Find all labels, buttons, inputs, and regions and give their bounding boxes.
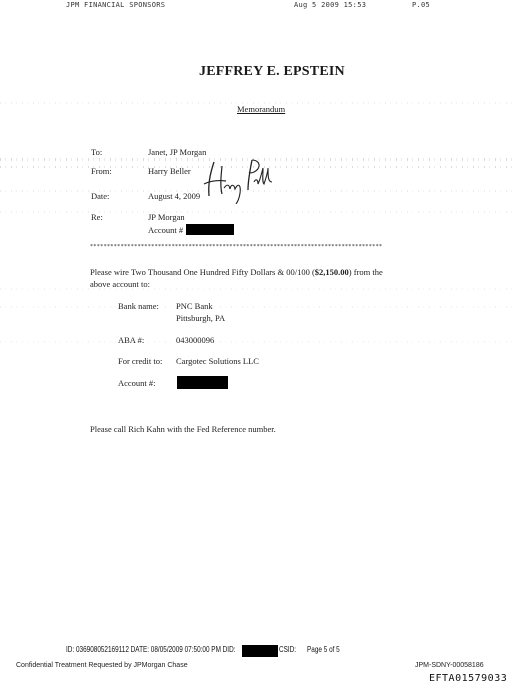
aba-label: ABA #: [118, 335, 144, 345]
wire-amount: $2,150.00 [315, 267, 349, 277]
to-value: Janet, JP Morgan [148, 147, 206, 157]
redaction-box [242, 645, 278, 657]
signature-image [200, 154, 280, 204]
fax-footer-page: Page 5 of 5 [307, 645, 340, 654]
bank-name-label: Bank name: [118, 301, 159, 311]
to-label: To: [91, 147, 102, 157]
aba-number: 043000096 [176, 335, 214, 345]
closing-instruction: Please call Rich Kahn with the Fed Refer… [90, 424, 276, 434]
re-account-label: Account # [148, 225, 183, 235]
re-value: JP Morgan [148, 212, 185, 222]
fax-datetime: Aug 5 2009 15:53 [294, 1, 366, 9]
scan-noise [0, 211, 512, 213]
credit-to-label: For credit to: [118, 356, 162, 366]
redaction-box [177, 376, 228, 389]
re-account: Account # [148, 224, 234, 235]
date-label: Date: [91, 191, 109, 201]
letterhead-name: JEFFREY E. EPSTEIN [199, 64, 345, 80]
confidential-notice: Confidential Treatment Requested by JPMo… [16, 662, 188, 669]
fax-sender: JPM FINANCIAL SPONSORS [66, 1, 165, 9]
instruction-text: Please wire Two Thousand One Hundred Fif… [90, 267, 315, 277]
efta-number: EFTA01579033 [429, 673, 507, 684]
scan-noise [0, 306, 512, 308]
redaction-box [186, 224, 234, 235]
fax-footer-csid: CSID: [279, 645, 296, 654]
bank-location: Pittsburgh, PA [176, 313, 225, 323]
instruction-line-2: above account to: [90, 279, 150, 289]
from-value: Harry Beller [148, 166, 191, 176]
wire-instruction: Please wire Two Thousand One Hundred Fif… [90, 267, 383, 277]
date-value: August 4, 2009 [148, 191, 200, 201]
bank-name: PNC Bank [176, 301, 213, 311]
scan-noise [0, 288, 512, 290]
document-type: Memorandum [237, 104, 285, 114]
scan-noise [0, 341, 512, 343]
re-label: Re: [91, 212, 103, 222]
credit-to-value: Cargotec Solutions LLC [176, 356, 259, 366]
from-label: From: [91, 166, 112, 176]
bates-number: JPM-SDNY-00058186 [415, 662, 484, 669]
fax-page-number: P.05 [412, 1, 430, 9]
separator-line: ****************************************… [90, 244, 435, 250]
account-label: Account #: [118, 378, 156, 388]
instruction-text-end: ) from the [349, 267, 383, 277]
fax-footer-id: ID: 036908052169112 DATE: 08/05/2009 07:… [66, 645, 235, 654]
